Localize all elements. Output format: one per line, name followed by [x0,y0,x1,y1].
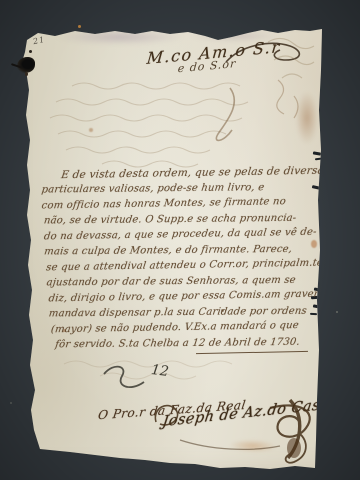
bleedthrough-ink [42,78,318,170]
manuscript-page: 21 M.co Am.o S.r e do S.or [0,0,360,480]
photo-backdrop: 21 M.co Am.o S.r e do S.or [0,0,360,480]
edge-nick [315,158,321,161]
backdrop-speck [336,311,338,313]
top-edge-stain [55,29,185,45]
backdrop-speck [78,25,81,28]
edge-nick [313,151,321,155]
signature-author: Joseph de Az.do Castello [161,394,355,431]
archival-number-pencil: 21 [32,35,46,46]
letter-body: E de vista desta ordem, que se pelas de … [41,166,321,355]
check-flourish [100,362,148,398]
ink-spot [29,50,32,53]
rust-spot [89,128,93,132]
backdrop-speck [10,402,12,404]
ink-spot [25,72,28,76]
right-edge-stain [296,92,318,144]
page-number-pencil: 12 [150,362,170,380]
salutation: M.co Am.o S.r e do S.or [146,37,282,78]
bleedthrough-ink [60,356,300,382]
bottom-stain [230,439,276,453]
